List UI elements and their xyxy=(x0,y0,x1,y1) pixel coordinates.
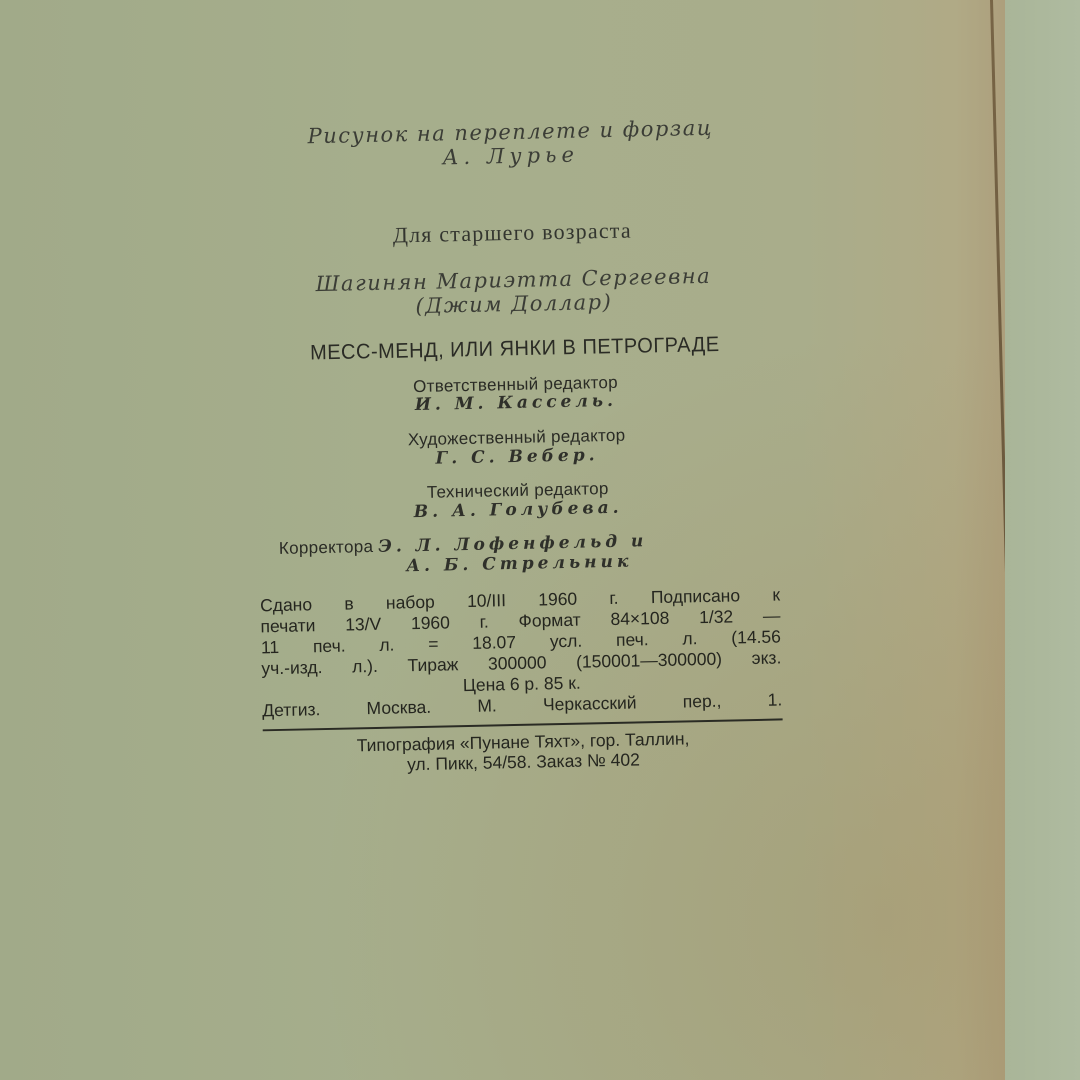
audience-label: Для старшего возраста xyxy=(252,215,772,251)
credit-responsible-editor: Ответственный редактор И. М. Кассель. xyxy=(255,369,776,419)
book-title: МЕСС-МЕНД, ИЛИ ЯНКИ В ПЕТРОГРАДЕ xyxy=(255,332,775,367)
imprint-block: Рисунок на переплете и форзац А. Лурье Д… xyxy=(250,115,784,778)
proofreaders-role: Корректора xyxy=(279,537,374,558)
publication-details: Сдано в набор 10/III 1960 г. Подписано к… xyxy=(260,585,783,722)
adjacent-page xyxy=(1005,0,1080,1080)
credit-technical-editor: Технический редактор В. А. Голубева. xyxy=(258,476,779,526)
credit-proofreaders: Корректора Э. Л. Лофенфельд и А. Б. Стре… xyxy=(259,529,780,580)
credit-art-editor: Художественный редактор Г. С. Вебер. xyxy=(257,422,778,472)
